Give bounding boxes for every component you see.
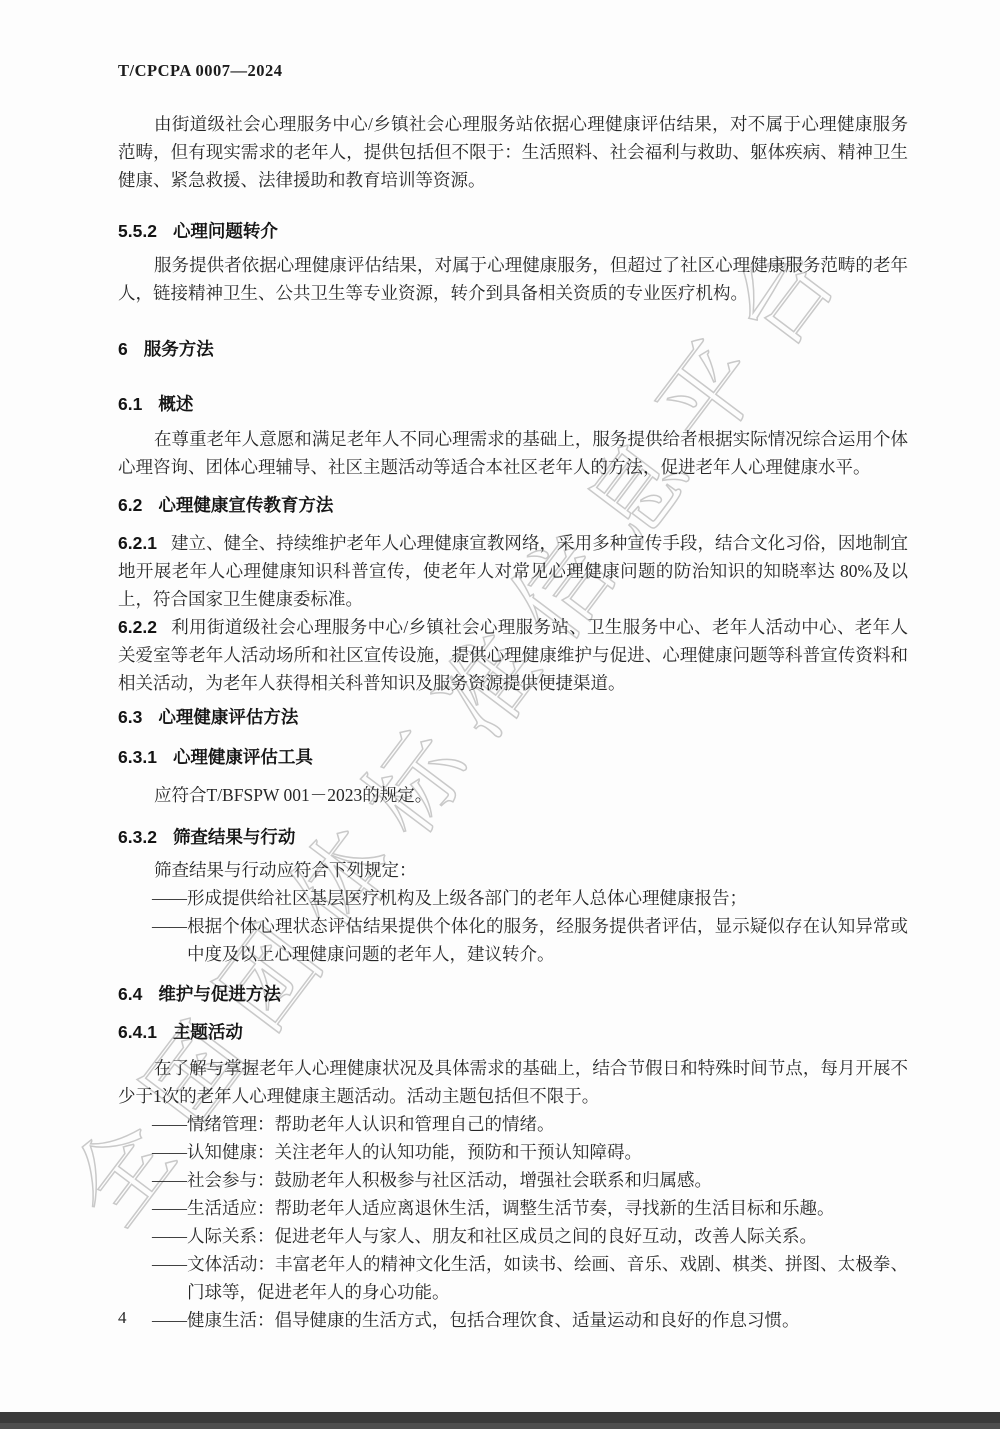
bottom-edge-bar <box>0 1412 1000 1423</box>
list-item-cultural-activities: ——文体活动：丰富老年人的精神文化生活，如读书、绘画、音乐、戏剧、棋类、拼图、太… <box>118 1250 908 1306</box>
heading-title: 心理健康评估方法 <box>158 707 298 727</box>
heading-6-3-2: 6.3.2筛查结果与行动 <box>118 823 908 851</box>
paragraph-screening-lead: 筛查结果与行动应符合下列规定： <box>118 856 908 884</box>
heading-number: 6.3.1 <box>118 747 157 767</box>
heading-6: 6服务方法 <box>118 335 908 363</box>
heading-title: 主题活动 <box>173 1022 243 1042</box>
heading-number: 6.3 <box>118 707 142 727</box>
document-code-header: T/CPCPA 0007—2024 <box>118 57 908 85</box>
list-item-healthy-life: ——健康生活：倡导健康的生活方式，包括合理饮食、适量运动和良好的作息习惯。 <box>118 1306 908 1334</box>
heading-6-1: 6.1概述 <box>118 390 908 418</box>
heading-6-4-1: 6.4.1主题活动 <box>118 1018 908 1046</box>
heading-number: 6 <box>118 339 128 359</box>
document-page: 全国团体标准信息平台 T/CPCPA 0007—2024 由街道级社会心理服务中… <box>0 0 1000 1429</box>
page-number: 4 <box>118 1308 127 1328</box>
clause-6-2-2: 6.2.2利用街道级社会心理服务中心/乡镇社会心理服务站、卫生服务中心、老年人活… <box>118 613 908 697</box>
clause-text: 建立、健全、持续维护老年人心理健康宣教网络，采用多种宣传手段，结合文化习俗，因地… <box>118 533 908 609</box>
heading-number: 6.4.1 <box>118 1022 157 1042</box>
heading-6-2: 6.2心理健康宣传教育方法 <box>118 491 908 519</box>
clause-text: 利用街道级社会心理服务中心/乡镇社会心理服务站、卫生服务中心、老年人活动中心、老… <box>118 617 908 693</box>
clause-number: 6.2.1 <box>118 533 157 553</box>
list-item-life-adaptation: ——生活适应：帮助老年人适应离退休生活，调整生活节奏，寻找新的生活目标和乐趣。 <box>118 1194 908 1222</box>
list-item-interpersonal-relations: ——人际关系：促进老年人与家人、朋友和社区成员之间的良好互动，改善人际关系。 <box>118 1222 908 1250</box>
heading-title: 概述 <box>158 394 193 414</box>
paragraph-theme-activities: 在了解与掌握老年人心理健康状况及具体需求的基础上，结合节假日和特殊时间节点，每月… <box>118 1054 908 1110</box>
heading-title: 心理健康宣传教育方法 <box>158 495 333 515</box>
list-item-screening-report: ——形成提供给社区基层医疗机构及上级各部门的老年人总体心理健康报告； <box>118 884 908 912</box>
list-item-social-participation: ——社会参与：鼓励老年人积极参与社区活动，增强社会联系和归属感。 <box>118 1166 908 1194</box>
heading-6-3-1: 6.3.1心理健康评估工具 <box>118 743 908 771</box>
bottom-edge-bar-light <box>0 1423 1000 1429</box>
heading-5-5-2: 5.5.2心理问题转介 <box>118 217 908 245</box>
heading-number: 6.4 <box>118 984 142 1004</box>
paragraph-referral: 服务提供者依据心理健康评估结果，对属于心理健康服务，但超过了社区心理健康服务范畴… <box>118 251 908 307</box>
heading-title: 心理问题转介 <box>173 221 278 241</box>
clause-number: 6.2.2 <box>118 617 157 637</box>
heading-title: 筛查结果与行动 <box>173 827 296 847</box>
heading-6-4: 6.4维护与促进方法 <box>118 980 908 1008</box>
heading-title: 服务方法 <box>144 339 214 359</box>
heading-number: 6.1 <box>118 394 142 414</box>
heading-number: 6.3.2 <box>118 827 157 847</box>
clause-6-2-1: 6.2.1建立、健全、持续维护老年人心理健康宣教网络，采用多种宣传手段，结合文化… <box>118 529 908 613</box>
list-item-emotion-management: ——情绪管理：帮助老年人认识和管理自己的情绪。 <box>118 1110 908 1138</box>
list-item-screening-referral: ——根据个体心理状态评估结果提供个体化的服务，经服务提供者评估，显示疑似存在认知… <box>118 912 908 968</box>
heading-title: 维护与促进方法 <box>158 984 281 1004</box>
paragraph-overview: 在尊重老年人意愿和满足老年人不同心理需求的基础上，服务提供给者根据实际情况综合运… <box>118 425 908 481</box>
paragraph-service-resources: 由街道级社会心理服务中心/乡镇社会心理服务站依据心理健康评估结果，对不属于心理健… <box>118 110 908 194</box>
heading-number: 5.5.2 <box>118 221 157 241</box>
page-content: T/CPCPA 0007—2024 由街道级社会心理服务中心/乡镇社会心理服务站… <box>118 0 908 1334</box>
heading-title: 心理健康评估工具 <box>173 747 313 767</box>
list-item-cognitive-health: ——认知健康：关注老年人的认知功能，预防和干预认知障碍。 <box>118 1138 908 1166</box>
heading-number: 6.2 <box>118 495 142 515</box>
paragraph-assessment-tool: 应符合T/BFSPW 001－2023的规定。 <box>118 781 908 809</box>
heading-6-3: 6.3心理健康评估方法 <box>118 703 908 731</box>
